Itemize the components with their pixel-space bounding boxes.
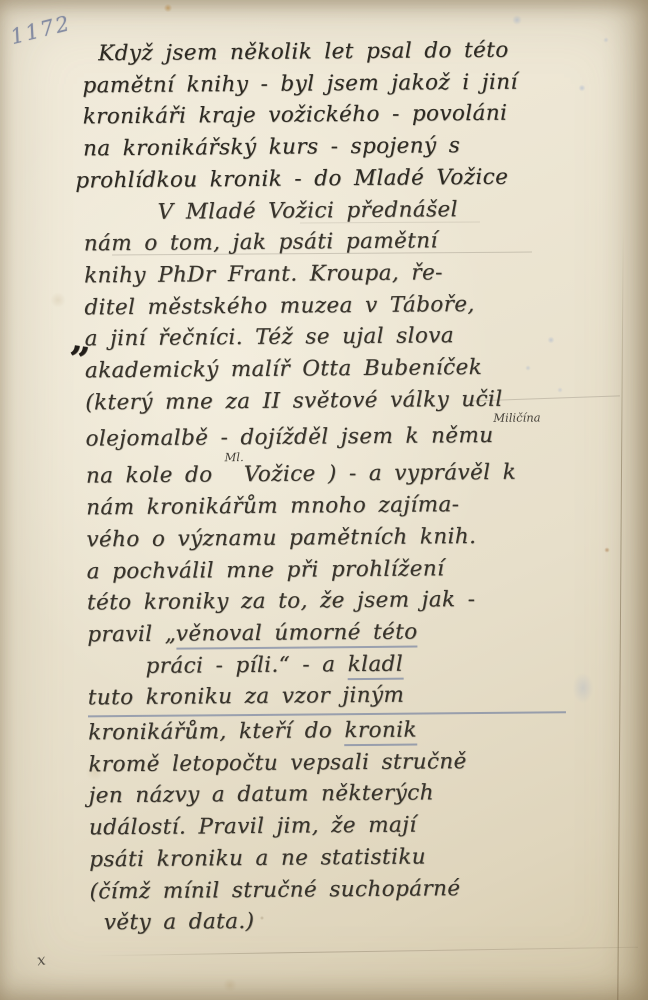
handwritten-line: ditel městského muzea v Táboře, bbox=[84, 287, 636, 324]
handwritten-line: knihy PhDr Frant. Kroupa, ře- bbox=[84, 256, 636, 293]
handwritten-line: vého o významu pamětních knih. bbox=[86, 519, 638, 556]
line-text: Vožice ) - a vyprávěl k bbox=[244, 460, 516, 487]
line-text: (který mne za II světové války učil bbox=[85, 387, 503, 416]
handwritten-line: této kroniky za to, že jsem jak - bbox=[87, 583, 639, 620]
handwritten-line: akademický malíř Otta Bubeníček bbox=[85, 351, 637, 388]
line-text: na kronikářský kurs - spojený s bbox=[83, 133, 460, 161]
handwritten-line: kromě letopočtu vepsali stručně bbox=[88, 744, 640, 781]
handwritten-line: (který mne za II světové války učil bbox=[85, 382, 637, 419]
line-text: olejomalbě - dojížděl jsem k němu bbox=[85, 423, 493, 452]
line-text: V Mladé Vožici přednášel bbox=[157, 197, 457, 225]
handwritten-line: tuto kroniku za vzor jiným bbox=[88, 678, 640, 718]
handwritten-line: na kole do Ml.Vožice ) - a vyprávěl k bbox=[86, 451, 638, 493]
line-text: nám kronikářům mnoho zajíma- bbox=[86, 492, 459, 520]
handwritten-line: nám o tom, jak psáti pamětní bbox=[84, 224, 636, 261]
handwritten-line: prohlídkou kronik - do Mladé Vožice bbox=[75, 160, 635, 197]
handwritten-line: pravil „věnoval úmorné této bbox=[87, 615, 639, 652]
handwritten-line: Když jsem několik let psal do této bbox=[82, 34, 634, 71]
underlined-text: kronik bbox=[344, 718, 417, 747]
interline-insertion-note: Ml. bbox=[225, 450, 244, 464]
line-text: akademický malíř Otta Bubeníček bbox=[85, 355, 482, 383]
line-text: nám o tom, jak psáti pamětní bbox=[84, 229, 438, 257]
line-text: psáti kroniku a ne statistiku bbox=[89, 844, 426, 872]
line-text: kronikáři kraje vožického - povoláni bbox=[83, 101, 508, 130]
line-text: kronikářům, kteří do bbox=[88, 718, 345, 745]
line-text: ditel městského muzea v Táboře, bbox=[84, 292, 474, 320]
handwritten-line: kronikářům, kteří do kronik bbox=[88, 713, 640, 750]
handwritten-text-block: Když jsem několik let psal do této pamět… bbox=[82, 34, 642, 940]
line-text: knihy PhDr Frant. Kroupa, ře- bbox=[84, 260, 443, 288]
line-text: a jiní řečníci. Též se ujal slova bbox=[85, 324, 455, 352]
handwritten-line: a jiní řečníci. Též se ujal slova bbox=[85, 319, 637, 356]
line-text: věty a data.) bbox=[104, 909, 255, 935]
handwritten-line: pamětní knihy - byl jsem jakož i jiní bbox=[82, 65, 634, 102]
handwritten-line: a pochválil mne při prohlížení bbox=[87, 551, 639, 588]
paper-crease bbox=[95, 947, 638, 957]
handwritten-line: věty a data.) bbox=[90, 903, 642, 940]
interline-insertion-note: Miličína bbox=[493, 411, 540, 425]
line-text: a pochválil mne při prohlížení bbox=[87, 556, 445, 584]
line-text: pamětní knihy - byl jsem jakož i jiní bbox=[82, 69, 517, 98]
line-text: událostí. Pravil jim, že mají bbox=[89, 813, 417, 841]
handwritten-line: V Mladé Vožici přednášel bbox=[83, 192, 635, 229]
underlined-text: věnoval úmorné této bbox=[176, 619, 418, 649]
handwritten-line: kronikáři kraje vožického - povoláni bbox=[83, 97, 635, 134]
line-text: vého o významu pamětních knih. bbox=[86, 524, 476, 552]
corner-pencil-mark: x bbox=[36, 950, 47, 969]
handwritten-line: nám kronikářům mnoho zajíma- bbox=[86, 488, 638, 525]
line-text: pravil „ bbox=[87, 622, 176, 648]
handwritten-line: psáti kroniku a ne statistiku bbox=[89, 839, 641, 876]
handwritten-line: událostí. Pravil jim, že mají bbox=[89, 808, 641, 845]
line-text: jen názvy a datum některých bbox=[89, 781, 434, 809]
underlined-text: kladl bbox=[348, 651, 404, 679]
line-text: prohlídkou kronik - do Mladé Vožice bbox=[75, 165, 508, 194]
handwritten-line: olejomalbě - dojížděl jsem k němuMiličín… bbox=[85, 414, 637, 456]
handwritten-line: práci - píli.“ - a kladl bbox=[87, 646, 639, 683]
line-text: kromě letopočtu vepsali stručně bbox=[88, 749, 467, 777]
underlined-text: tuto kroniku za vzor jiným bbox=[88, 679, 566, 718]
handwritten-line: na kronikářský kurs - spojený s bbox=[83, 129, 635, 166]
line-text: práci - píli.“ - a bbox=[145, 652, 347, 679]
line-text: na kole do bbox=[86, 463, 225, 489]
line-text: (čímž mínil stručné suchopárné bbox=[89, 876, 460, 904]
page-number: 1172 bbox=[8, 11, 73, 49]
handwritten-line: jen názvy a datum některých bbox=[89, 776, 641, 813]
line-text: této kroniky za to, že jsem jak - bbox=[87, 587, 476, 615]
manuscript-page: 1172 ” x Když jsem několik let psal do t… bbox=[0, 0, 648, 1000]
handwritten-line: (čímž mínil stručné suchopárné bbox=[89, 871, 641, 908]
line-text: Když jsem několik let psal do této bbox=[98, 38, 509, 67]
